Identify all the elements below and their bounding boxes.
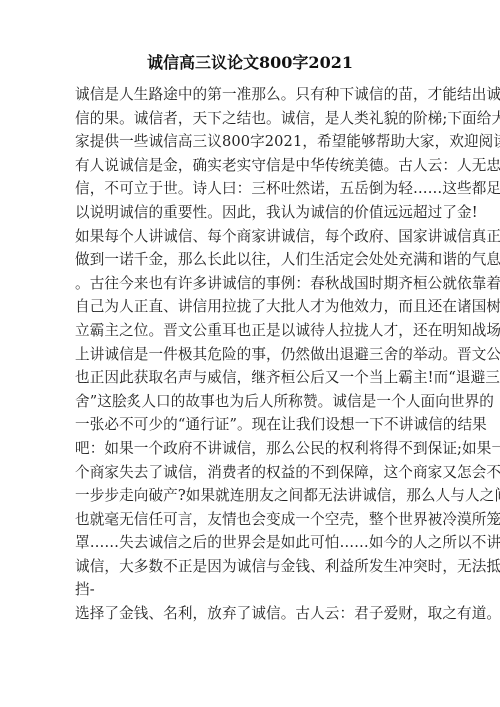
- text-line: 。古往今来也有许多讲诚信的事例：春秋战国时期齐桓公就依靠着: [75, 272, 427, 296]
- text-line: 信的果。诚信者，天下之结也。诚信，是人类礼貌的阶梯;下面给大: [75, 107, 427, 131]
- text-line: 立霸主之位。晋文公重耳也正是以诚待人拉拢人才，还在明知战场: [75, 319, 427, 343]
- text-line: 吧：如果一个政府不讲诚信，那么公民的权利将得不到保证;如果一: [75, 437, 427, 461]
- text-line: 信，不可立于世。诗人曰：三杯吐然诺，五岳倒为轻……这些都足: [75, 177, 427, 201]
- text-line: 诚信是人生路途中的第一准那么。只有种下诚信的苗，才能结出诚: [75, 83, 427, 107]
- text-line: 也正因此获取名声与威信，继齐桓公后又一个当上霸主!而“退避三: [75, 366, 427, 390]
- text-line: 舍”这脍炙人口的故事也为后人所称赞。诚信是一个人面向世界的: [75, 390, 427, 414]
- document-body: 诚信是人生路途中的第一准那么。只有种下诚信的苗，才能结出诚 信的果。诚信者，天下…: [75, 83, 427, 626]
- text-line: 一张必不可少的“通行证”。现在让我们设想一下不讲诚信的结果: [75, 413, 427, 437]
- text-line: 做到一诺千金，那么长此以往，人们生活定会处处充满和谐的气息: [75, 248, 427, 272]
- text-line: 个商家失去了诚信，消费者的权益的不到保障，这个商家又怎会不: [75, 461, 427, 485]
- text-line: 自己为人正直、讲信用拉拢了大批人才为他效力，而且还在诸国树: [75, 295, 427, 319]
- text-line: 一步步走向破产?如果就连朋友之间都无法讲诚信，那么人与人之间: [75, 484, 427, 508]
- text-line: 上讲诚信是一件极其危险的事，仍然做出退避三舍的举动。晋文公: [75, 343, 427, 367]
- text-line: 诚信，大多数不正是因为诚信与金钱、利益所发生冲突时，无法抵: [75, 555, 427, 579]
- text-line: 以说明诚信的重要性。因此，我认为诚信的价值远远超过了金!: [75, 201, 427, 225]
- text-line: 也就毫无信任可言，友情也会变成一个空壳，整个世界被冷漠所笼: [75, 508, 427, 532]
- text-line: 罩……失去诚信之后的世界会是如此可怕……如今的人之所以不讲: [75, 531, 427, 555]
- text-line: 家提供一些诚信高三议800字2021，希望能够帮助大家，欢迎阅读!: [75, 130, 427, 154]
- text-line: 选择了金钱、名利，放弃了诚信。古人云：君子爱财，取之有道。: [75, 602, 427, 626]
- text-line: 有人说诚信是金，确实老实守信是中华传统美德。古人云：人无忠: [75, 154, 427, 178]
- document-title: 诚信高三议论文800字2021: [0, 50, 500, 73]
- document-page: 诚信高三议论文800字2021 诚信是人生路途中的第一准那么。只有种下诚信的苗，…: [0, 0, 500, 707]
- text-line: 挡-: [75, 578, 427, 602]
- text-line: 如果每个人讲诚信、每个商家讲诚信，每个政府、国家讲诚信真正: [75, 225, 427, 249]
